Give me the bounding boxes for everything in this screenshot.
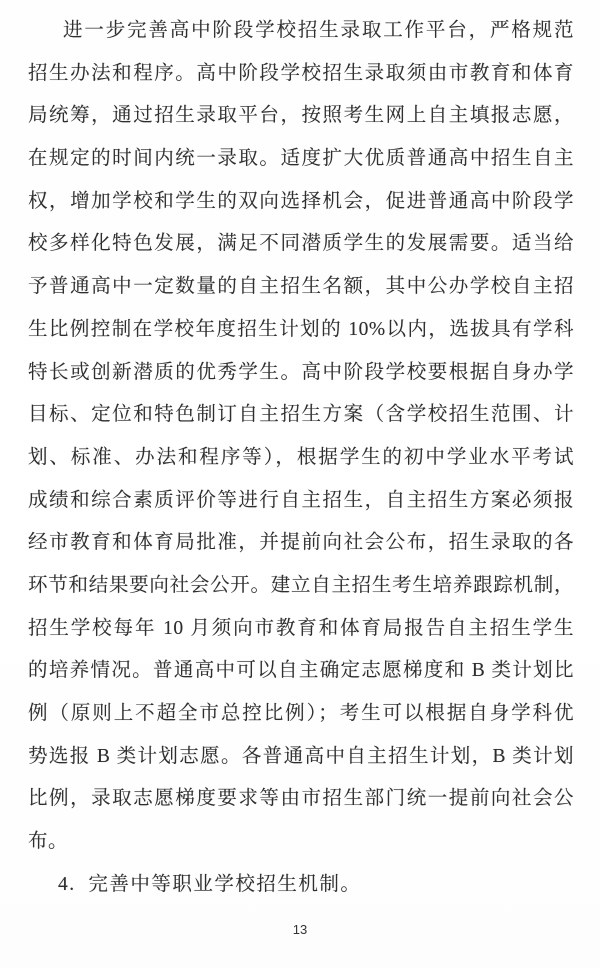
text-line: 在规定的时间内统一录取。适度扩大优质普通高中招生自主 [28, 138, 574, 181]
text-line: 进一步完善高中阶段学校招生录取工作平台，严格规范 [28, 10, 574, 53]
text-line: 势选报 B 类计划志愿。各普通高中自主招生计划，B 类计划 [28, 736, 574, 779]
text-line: 招生学校每年 10 月须向市教育和体育局报告自主招生学生 [28, 608, 574, 651]
text-line: 环节和结果要向社会公开。建立自主招生考生培养跟踪机制， [28, 565, 574, 608]
text-line: 成绩和综合素质评价等进行自主招生，自主招生方案必须报 [28, 480, 574, 523]
text-line: 局统筹，通过招生录取平台，按照考生网上自主填报志愿， [28, 95, 574, 138]
document-body: 进一步完善高中阶段学校招生录取工作平台，严格规范 招生办法和程序。高中阶段学校招… [28, 10, 574, 906]
text-line: 权，增加学校和学生的双向选择机会，促进普通高中阶段学 [28, 181, 574, 224]
document-page: 进一步完善高中阶段学校招生录取工作平台，严格规范 招生办法和程序。高中阶段学校招… [0, 0, 600, 968]
text-line: 的培养情况。普通高中可以自主确定志愿梯度和 B 类计划比 [28, 650, 574, 693]
text-line: 布。 [28, 821, 574, 864]
text-line: 予普通高中一定数量的自主招生名额，其中公办学校自主招 [28, 266, 574, 309]
text-line: 例（原则上不超全市总控比例）；考生可以根据自身学科优 [28, 693, 574, 736]
section-heading: 4. 完善中等职业学校招生机制。 [28, 864, 574, 907]
text-line: 校多样化特色发展，满足不同潜质学生的发展需要。适当给 [28, 223, 574, 266]
text-line: 划、标准、办法和程序等），根据学生的初中学业水平考试 [28, 437, 574, 480]
text-line: 经市教育和体育局批准，并提前向社会公布，招生录取的各 [28, 522, 574, 565]
text-line: 目标、定位和特色制订自主招生方案（含学校招生范围、计 [28, 394, 574, 437]
text-line: 招生办法和程序。高中阶段学校招生录取须由市教育和体育 [28, 53, 574, 96]
page-number: 13 [0, 922, 600, 937]
text-line: 生比例控制在学校年度招生计划的 10%以内，选拔具有学科 [28, 309, 574, 352]
text-line: 特长或创新潜质的优秀学生。高中阶段学校要根据自身办学 [28, 352, 574, 395]
text-line: 比例，录取志愿梯度要求等由市招生部门统一提前向社会公 [28, 778, 574, 821]
